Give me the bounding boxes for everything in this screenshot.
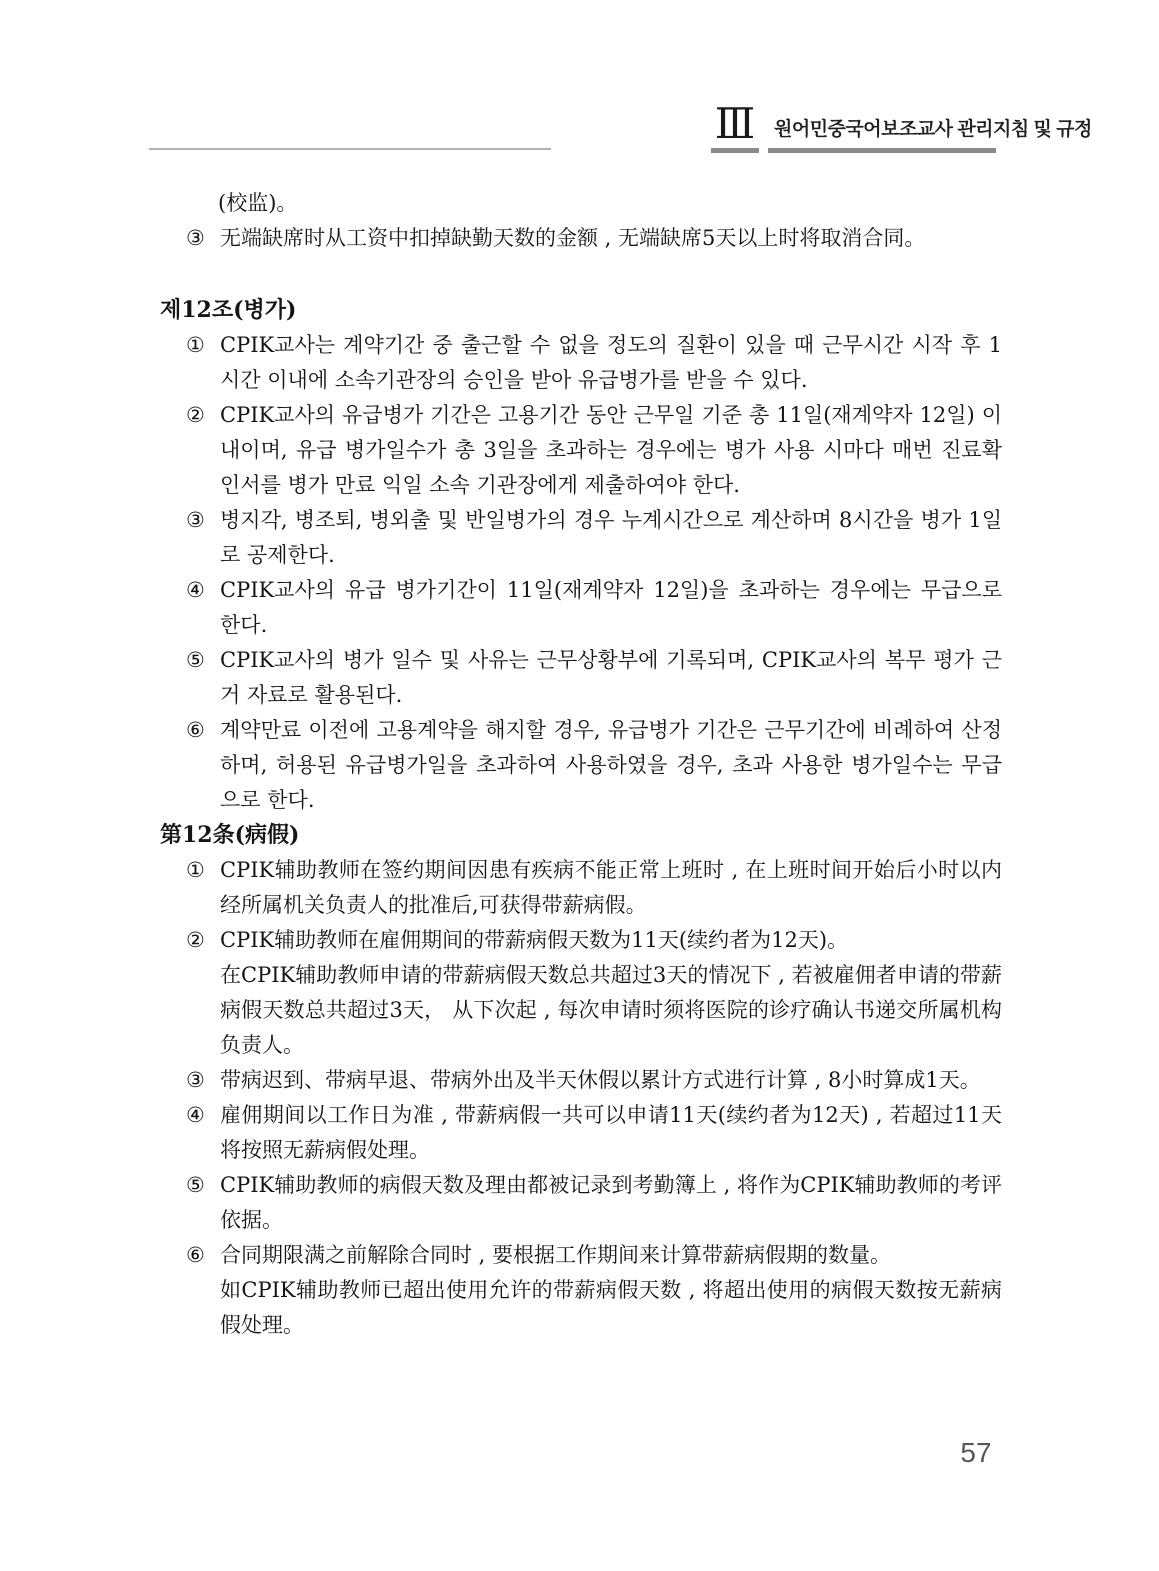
list-item: ⑥ 계약만료 이전에 고용계약을 해지할 경우, 유급병가 기간은 근무기간에 … [186,713,1002,818]
document-page: Ⅲ 원어민중국어보조교사 관리지침 및 규정 (校监)。 ③ 无端缺席时从工资中… [0,0,1159,1571]
list-item: ③ 无端缺席时从工资中扣掉缺勤天数的金额 , 无端缺席5天以上时将取消合同。 [186,221,1002,256]
list-item: ③ 带病迟到、带病早退、带病外出及半天休假以累计方式进行计算 , 8小时算成1天… [186,1063,1002,1098]
item-text: CPIK辅助教师在雇佣期间的带薪病假天数为11天(续约者为12天)。 在CPIK… [220,923,1002,1063]
item-text: 合同期限满之前解除合同时 , 要根据工作期间来计算带薪病假期的数量。 如CPIK… [220,1238,1002,1343]
list-item: ① CPIK교사는 계약기간 중 출근할 수 없을 정도의 질환이 있을 때 근… [186,328,1002,398]
list-item: ④ CPIK교사의 유급 병가기간이 11일(재계약자 12일)을 초과하는 경… [186,573,1002,643]
header-thin-rule [149,148,551,150]
list-item: ⑤ CPIK辅助教师的病假天数及理由都被记录到考勤簿上 , 将作为CPIK辅助教… [186,1168,1002,1238]
item-text: CPIK교사는 계약기간 중 출근할 수 없을 정도의 질환이 있을 때 근무시… [220,328,1002,398]
item-paragraph: CPIK교사는 계약기간 중 출근할 수 없을 정도의 질환이 있을 때 근무시… [220,328,1002,398]
chinese-section-heading: 第12条(病假) [160,818,1002,853]
list-item: ③ 병지각, 병조퇴, 병외출 및 반일병가의 경우 누계시간으로 계산하며 8… [186,503,1002,573]
section-title: 원어민중국어보조교사 관리지침 및 규정 [774,118,1092,142]
list-item: ⑤ CPIK교사의 병가 일수 및 사유는 근무상황부에 기록되며, CPIK교… [186,643,1002,713]
item-marker: ⑥ [186,1238,220,1343]
list-item: ⑥ 合同期限满之前解除合同时 , 要根据工作期间来计算带薪病假期的数量。 如CP… [186,1238,1002,1343]
item-paragraph: CPIK辅助教师的病假天数及理由都被记录到考勤簿上 , 将作为CPIK辅助教师的… [220,1168,1002,1238]
item-text: 雇佣期间以工作日为准 , 带薪病假一共可以申请11天(续约者为12天) , 若超… [220,1098,1002,1168]
item-marker: ⑤ [186,1168,220,1238]
section-number: Ⅲ [711,101,759,147]
item-paragraph: CPIK교사의 병가 일수 및 사유는 근무상황부에 기록되며, CPIK교사의… [220,643,1002,713]
item-text: 병지각, 병조퇴, 병외출 및 반일병가의 경우 누계시간으로 계산하며 8시간… [220,503,1002,573]
item-text: 계약만료 이전에 고용계약을 해지할 경우, 유급병가 기간은 근무기간에 비례… [220,713,1002,818]
item-paragraph: CPIK辅助教师在雇佣期间的带薪病假天数为11天(续约者为12天)。 [220,923,1002,958]
list-item: ② CPIK교사의 유급병가 기간은 고용기간 동안 근무일 기준 총 11일(… [186,398,1002,503]
item-text: CPIK교사의 유급 병가기간이 11일(재계약자 12일)을 초과하는 경우에… [220,573,1002,643]
item-text: CPIK교사의 병가 일수 및 사유는 근무상황부에 기록되며, CPIK교사의… [220,643,1002,713]
section-number-underline [711,148,759,153]
item-marker: ④ [186,1098,220,1168]
item-text: CPIK辅助教师的病假天数及理由都被记录到考勤簿上 , 将作为CPIK辅助教师的… [220,1168,1002,1238]
item-paragraph: 带病迟到、带病早退、带病外出及半天休假以累计方式进行计算 , 8小时算成1天。 [220,1063,1002,1098]
item-marker: ④ [186,573,220,643]
item-paragraph: 如CPIK辅助教师已超出使用允许的带薪病假天数 , 将超出使用的病假天数按无薪病… [220,1273,1002,1343]
korean-section-heading: 제12조(병가) [160,293,1002,328]
document-body: (校监)。 ③ 无端缺席时从工资中扣掉缺勤天数的金额 , 无端缺席5天以上时将取… [160,186,1002,1343]
list-item: ② CPIK辅助教师在雇佣期间的带薪病假天数为11天(续约者为12天)。 在CP… [186,923,1002,1063]
item-marker: ③ [186,503,220,573]
item-paragraph: 계약만료 이전에 고용계약을 해지할 경우, 유급병가 기간은 근무기간에 비례… [220,713,1002,818]
item-paragraph: 无端缺席时从工资中扣掉缺勤天数的金额 , 无端缺席5天以上时将取消合同。 [220,221,1002,256]
item-marker: ② [186,923,220,1063]
item-paragraph: 雇佣期间以工作日为准 , 带薪病假一共可以申请11天(续约者为12天) , 若超… [220,1098,1002,1168]
item-marker: ① [186,853,220,923]
list-item: ① CPIK辅助教师在签约期间因患有疾病不能正常上班时 , 在上班时间开始后小时… [186,853,1002,923]
page-number: 57 [948,1437,1004,1469]
item-marker: ⑤ [186,643,220,713]
section-title-underline [768,148,996,153]
list-item: ④ 雇佣期间以工作日为准 , 带薪病假一共可以申请11天(续约者为12天) , … [186,1098,1002,1168]
item-marker: ② [186,398,220,503]
item-marker: ③ [186,1063,220,1098]
item-marker: ③ [186,221,220,256]
item-paragraph: CPIK교사의 유급 병가기간이 11일(재계약자 12일)을 초과하는 경우에… [220,573,1002,643]
item-text: 无端缺席时从工资中扣掉缺勤天数的金额 , 无端缺席5天以上时将取消合同。 [220,221,1002,256]
item-paragraph: 병지각, 병조퇴, 병외출 및 반일병가의 경우 누계시간으로 계산하며 8시간… [220,503,1002,573]
item-text: CPIK교사의 유급병가 기간은 고용기간 동안 근무일 기준 총 11일(재계… [220,398,1002,503]
item-marker: ⑥ [186,713,220,818]
continuation-line: (校监)。 [160,186,1002,221]
item-paragraph: CPIK교사의 유급병가 기간은 고용기간 동안 근무일 기준 총 11일(재계… [220,398,1002,503]
item-paragraph: CPIK辅助教师在签约期间因患有疾病不能正常上班时 , 在上班时间开始后小时以内… [220,853,1002,923]
item-paragraph: 合同期限满之前解除合同时 , 要根据工作期间来计算带薪病假期的数量。 [220,1238,1002,1273]
item-paragraph: 在CPIK辅助教师申请的带薪病假天数总共超过3天的情况下 , 若被雇佣者申请的带… [220,958,1002,1063]
item-text: CPIK辅助教师在签约期间因患有疾病不能正常上班时 , 在上班时间开始后小时以内… [220,853,1002,923]
item-text: 带病迟到、带病早退、带病外出及半天休假以累计方式进行计算 , 8小时算成1天。 [220,1063,1002,1098]
item-marker: ① [186,328,220,398]
